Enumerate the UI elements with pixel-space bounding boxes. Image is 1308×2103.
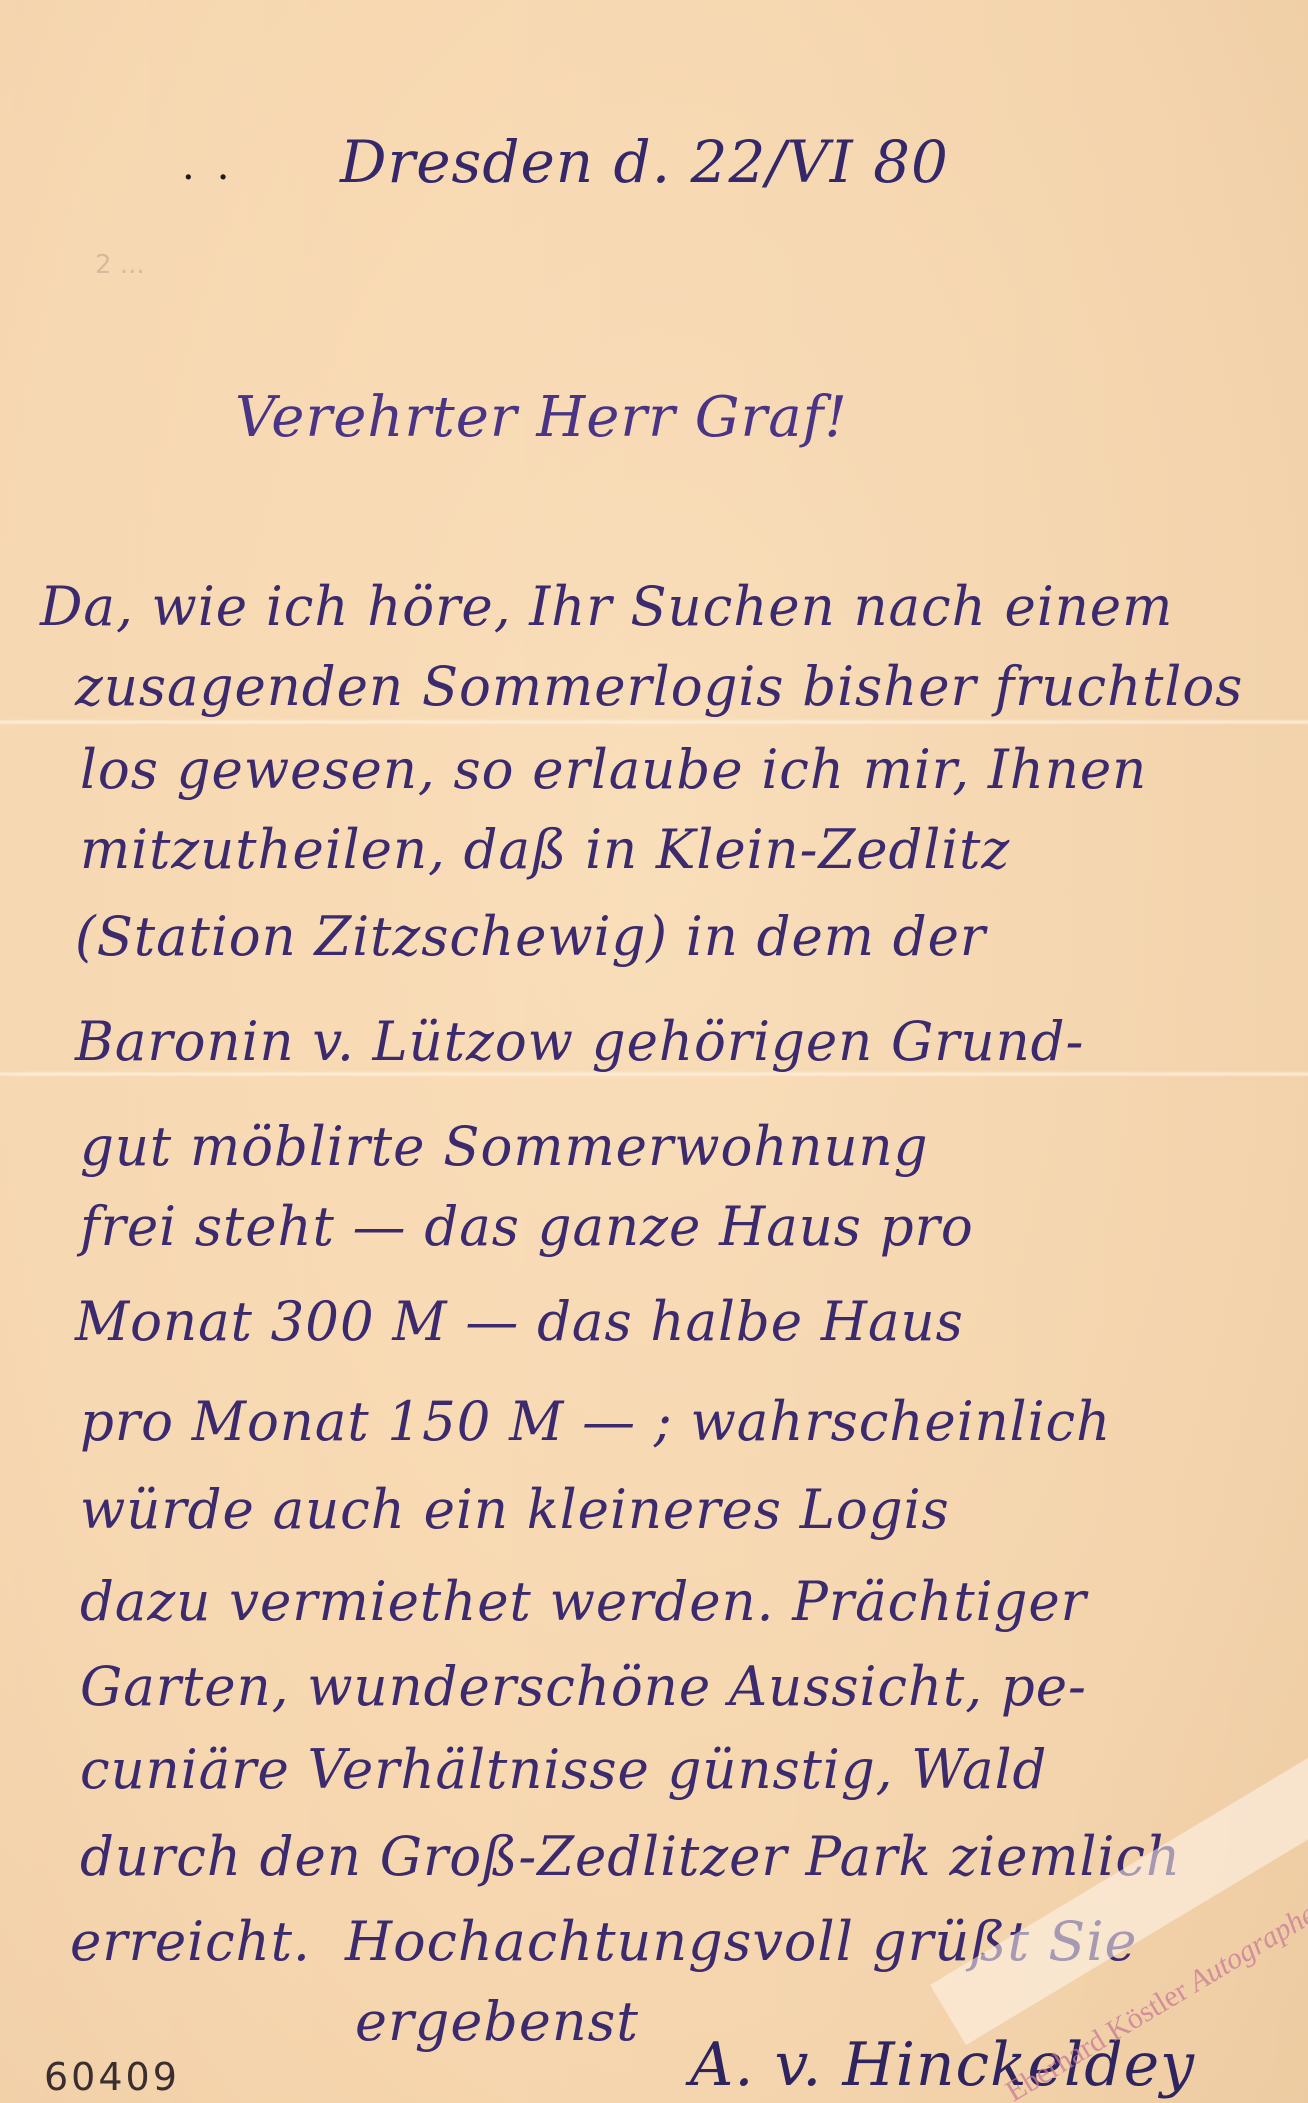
body-line: erreicht. [70,1910,311,1973]
body-line: mitzutheilen, daß in Klein-Zedlitz [80,818,1010,881]
paper-fold-line [0,719,1308,725]
closing-line: ergebenst [355,1990,639,2053]
body-line: würde auch ein kleineres Logis [80,1478,950,1541]
pencil-note: 2 ... [95,250,145,280]
place-date-line: Dresden d. 22/VI 80 [340,128,949,196]
body-line: Da, wie ich höre, Ihr Suchen nach einem [40,575,1173,638]
body-line: los gewesen, so erlaube ich mir, Ihnen [80,738,1147,801]
body-line: zusagenden Sommerlogis bisher fruchtlos [75,655,1243,718]
body-line: Garten, wunderschöne Aussicht, pe- [80,1655,1087,1718]
body-line: (Station Zitzschewig) in dem der [75,905,986,968]
body-line: pro Monat 150 M — ; wahrscheinlich [80,1390,1111,1453]
ink-dots: ·· [182,155,251,201]
salutation: Verehrter Herr Graf! [235,385,848,450]
body-line: Baronin v. Lützow gehörigen Grund- [75,1010,1084,1073]
body-line: durch den Groß-Zedlitzer Park ziemlich [80,1825,1181,1888]
body-line: cuniäre Verhältnisse günstig, Wald [80,1738,1047,1801]
body-line: gut möblirte Sommerwohnung [80,1115,928,1178]
body-line: dazu vermiethet werden. Prächtiger [80,1570,1087,1633]
body-line: frei steht — das ganze Haus pro [80,1195,974,1258]
body-line: Monat 300 M — das halbe Haus [75,1290,964,1353]
archive-number: 60409 [44,2055,180,2099]
